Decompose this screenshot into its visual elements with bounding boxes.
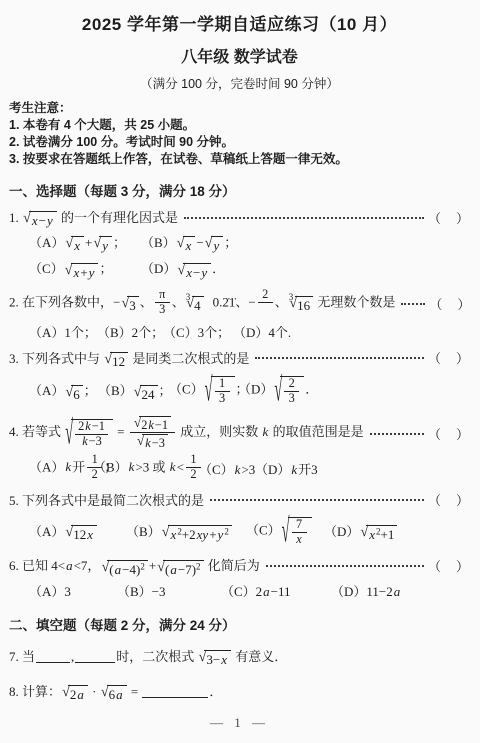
answer-brackets: （ ） <box>428 559 470 574</box>
radical: √x2+1 <box>360 525 397 542</box>
exponent: 2 <box>177 527 182 537</box>
fraction: 7x <box>292 518 307 547</box>
question-7-stem: 7. 当,时，二次根式 √3−x 有意义． <box>9 646 470 667</box>
question-2: 2. 在下列各数中，−√3、π3、3√40.2̇1̇、−2 、3√16 无理数个… <box>9 289 470 341</box>
math-variable: y <box>46 213 54 228</box>
radical: √7x <box>282 517 312 548</box>
radical-sign: √ <box>282 516 290 550</box>
dot-leader <box>255 356 424 359</box>
question-6-option-d: （D）11−2a <box>331 581 401 600</box>
math-variable: k <box>64 459 72 474</box>
math-variable: a <box>114 562 123 577</box>
math-variable: y <box>101 238 109 253</box>
question-4-option-d: （D）k开3 <box>255 459 318 478</box>
math-variable: x <box>73 238 81 253</box>
radical-sign: √ <box>205 375 213 409</box>
radical-index: 3 <box>289 292 294 302</box>
math-variable: a <box>65 558 74 573</box>
radical: √12 <box>104 352 128 369</box>
math-variable: x <box>185 238 193 253</box>
fraction: 12 <box>87 453 102 482</box>
radical: √k−3 <box>137 434 168 451</box>
exponent: 2 <box>196 561 201 571</box>
fraction: 2 <box>258 288 273 317</box>
question-1: 1. √x−y 的一个有理化因式是（ ） （A）√x+√y； （B）√x−√y；… <box>9 207 470 279</box>
fraction: 2k−1k−3 <box>75 420 108 449</box>
exponent: 2 <box>140 561 145 571</box>
fraction: √2k−1√k−3 <box>130 415 175 449</box>
math-variable: k <box>84 419 91 433</box>
question-5-option-c: （C）√7x <box>246 516 324 547</box>
question-3-option-a: （A）√6； <box>29 380 98 401</box>
answer-brackets: （ ） <box>428 427 470 442</box>
radical-index: 3 <box>186 292 191 302</box>
notice-item: 2. 试卷满分 100 分。考试时间 90 分钟。 <box>9 134 470 151</box>
radical: √x <box>177 236 196 253</box>
page-title: 2025 学年第一学期自适应练习（10 月） <box>9 10 470 35</box>
question-4-option-c: （C）k>3 <box>199 459 255 478</box>
math-variable: x <box>220 652 228 667</box>
notice-block: 考生注意： 1. 本卷有 4 个大题，共 25 小题。 2. 试卷满分 100 … <box>9 100 470 168</box>
question-5-option-a: （A）√12x <box>29 521 126 542</box>
radical: √2k−1 <box>134 416 171 433</box>
answer-brackets: （ ） <box>428 211 470 226</box>
dot-leader <box>370 432 424 435</box>
section-choice-heading: 一、选择题（每题 3 分，满分 18 分） <box>9 180 470 200</box>
radical: √6a <box>101 685 127 702</box>
math-variable: a <box>169 562 178 577</box>
dot-leader <box>184 216 424 219</box>
question-5-stem: 5. 下列各式中是最简二次根式的是（ ） <box>9 490 470 509</box>
question-2-stem: 2. 在下列各数中，−√3、π3、3√40.2̇1̇、−2 、3√16 无理数个… <box>9 289 470 318</box>
answer-brackets: （ ） <box>428 493 470 508</box>
question-4-option-b: （B）k>3 或 k<12 <box>93 454 199 483</box>
question-6-option-c: （C）2a−11 <box>221 581 331 600</box>
radical: √12x <box>65 525 97 542</box>
math-variable: x <box>31 213 39 228</box>
radical: 3√4 <box>186 296 204 313</box>
exam-meta: （满分 100 分，完卷时间 90 分钟） <box>9 74 470 92</box>
math-variable: xy <box>196 527 210 542</box>
math-variable: a <box>393 584 402 599</box>
radical: √24 <box>134 385 158 402</box>
radical: √3−x <box>199 650 231 667</box>
math-variable: k <box>144 436 151 450</box>
question-1-option-c: （C）√x+y； <box>29 258 141 279</box>
question-5-option-b: （B）√x2+2xy+y2 <box>126 521 246 542</box>
radical: √y <box>93 236 112 253</box>
question-3-option-c: （C）√13； <box>169 375 238 406</box>
radical: √(a−4)2 <box>101 560 147 577</box>
math-variable: k <box>147 418 154 432</box>
question-1-option-b: （B）√x−√y； <box>141 232 237 253</box>
fraction: π3 <box>155 288 170 317</box>
question-6-option-a: （A）3 <box>29 581 117 600</box>
question-3-options-row: （A）√6； （B）√24； （C）√13； （D）√23． <box>9 375 470 406</box>
radical: √2a <box>62 685 88 702</box>
answer-brackets: （ ） <box>429 297 471 312</box>
question-3-option-d: （D）√23． <box>238 375 318 406</box>
dot-leader <box>210 498 424 501</box>
radical: √x−y <box>177 263 211 280</box>
radical: 3√16 <box>289 296 313 313</box>
exponent: 2 <box>376 527 381 537</box>
question-1-options-row: （C）√x+y； （D）√x−y． <box>9 258 470 279</box>
dot-leader <box>401 302 425 305</box>
section-fill-heading: 二、填空题（每题 2 分，满分 24 分） <box>9 614 470 634</box>
question-4-options-row: （A）k开12； （B）k>3 或 k<12 （C）k>3 （D）k开3 <box>9 454 470 483</box>
question-6-stem: 6. 已知 4<a<7，√(a−4)2+√(a−7)2 化简后为（ ） <box>9 555 470 576</box>
radical: √3 <box>121 296 138 313</box>
radical-sign: √ <box>65 418 73 452</box>
math-variable: y <box>88 265 96 280</box>
radical: √x2+2xy+y2 <box>162 525 232 542</box>
question-6-option-b: （B）−3 <box>117 581 221 600</box>
question-1-option-a: （A）√x+√y； <box>29 232 141 253</box>
question-1-option-d: （D）√x−y． <box>141 258 225 279</box>
question-2-option-c: （C）3个； <box>163 322 233 341</box>
question-2-option-a: （A）1个； <box>29 322 97 341</box>
answer-blank <box>36 649 70 663</box>
fraction: 12 <box>186 453 201 482</box>
question-3: 3. 下列各式中与 √12 是同类二次根式的是（ ） （A）√6； （B）√24… <box>9 348 470 406</box>
notice-heading: 考生注意： <box>9 100 470 117</box>
radical: √23 <box>274 376 304 407</box>
question-3-option-b: （B）√24； <box>98 380 169 401</box>
question-6-options-row: （A）3 （B）−3 （C）2a−11 （D）11−2a <box>9 581 470 600</box>
math-variable: x <box>185 265 193 280</box>
fraction: 23 <box>284 377 299 406</box>
math-variable: x <box>73 265 81 280</box>
question-5-option-d: （D）√x2+1 <box>324 521 398 542</box>
math-variable: a <box>115 687 124 702</box>
radical: √y <box>205 236 224 253</box>
question-1-options-row: （A）√x+√y； （B）√x−√y； <box>9 232 470 253</box>
radical: √x+y <box>65 263 99 280</box>
page-subtitle: 八年级 数学试卷 <box>9 44 470 67</box>
question-6: 6. 已知 4<a<7，√(a−4)2+√(a−7)2 化简后为（ ） （A）3… <box>9 555 470 600</box>
radical: √2k−1k−3 <box>65 419 113 450</box>
math-variable: a <box>76 687 85 702</box>
math-variable: y <box>200 265 208 280</box>
radical: √13 <box>205 376 235 407</box>
question-5: 5. 下列各式中是最简二次根式的是（ ） （A）√12x （B）√x2+2xy+… <box>9 490 470 547</box>
question-8-stem: 8. 计算：√2a · √6a = ． <box>9 681 470 702</box>
math-variable: y <box>213 238 221 253</box>
radical: √(a−7)2 <box>157 560 203 577</box>
fraction: 13 <box>215 377 230 406</box>
notice-item: 1. 本卷有 4 个大题，共 25 小题。 <box>9 117 470 134</box>
math-variable: x <box>295 532 302 546</box>
math-variable: k <box>262 424 270 439</box>
question-4-stem: 4. 若等式 √2k−1k−3 = √2k−1√k−3 成立，则实数 k 的取值… <box>9 416 470 450</box>
page-number: — 1 — <box>9 715 470 731</box>
question-2-option-d: （D）4个. <box>233 322 291 341</box>
radical: √x <box>65 236 84 253</box>
question-5-options-row: （A）√12x （B）√x2+2xy+y2 （C）√7x （D）√x2+1 <box>9 516 470 547</box>
exam-paper-page: { "header": { "title": "2025 学年第一学期自适应练习… <box>0 0 480 743</box>
notice-item: 3. 按要求在答题纸上作答，在试卷、草稿纸上答题一律无效。 <box>9 151 470 168</box>
math-variable: k <box>234 462 242 477</box>
answer-blank <box>75 649 115 663</box>
math-variable: x <box>86 527 94 542</box>
math-variable: k <box>81 434 88 448</box>
question-4-option-a: （A）k开12； <box>29 454 93 483</box>
math-variable: x <box>368 527 376 542</box>
answer-blank <box>142 684 208 698</box>
question-3-stem: 3. 下列各式中与 √12 是同类二次根式的是（ ） <box>9 348 470 369</box>
question-2-option-b: （B）2个； <box>97 322 163 341</box>
answer-brackets: （ ） <box>428 351 470 366</box>
radical: √x−y <box>23 211 57 228</box>
radical-sign: √ <box>274 375 282 409</box>
dot-leader <box>266 564 424 567</box>
math-variable: k <box>128 459 136 474</box>
exponent: 2 <box>224 527 229 537</box>
math-variable: k <box>290 462 298 477</box>
math-variable: a <box>262 584 271 599</box>
question-4: 4. 若等式 √2k−1k−3 = √2k−1√k−3 成立，则实数 k 的取值… <box>9 416 470 483</box>
question-1-stem: 1. √x−y 的一个有理化因式是（ ） <box>9 207 470 228</box>
math-variable: k <box>169 459 177 474</box>
question-2-options-row: （A）1个； （B）2个； （C）3个； （D）4个. <box>9 322 470 341</box>
radical: √6 <box>65 385 82 402</box>
